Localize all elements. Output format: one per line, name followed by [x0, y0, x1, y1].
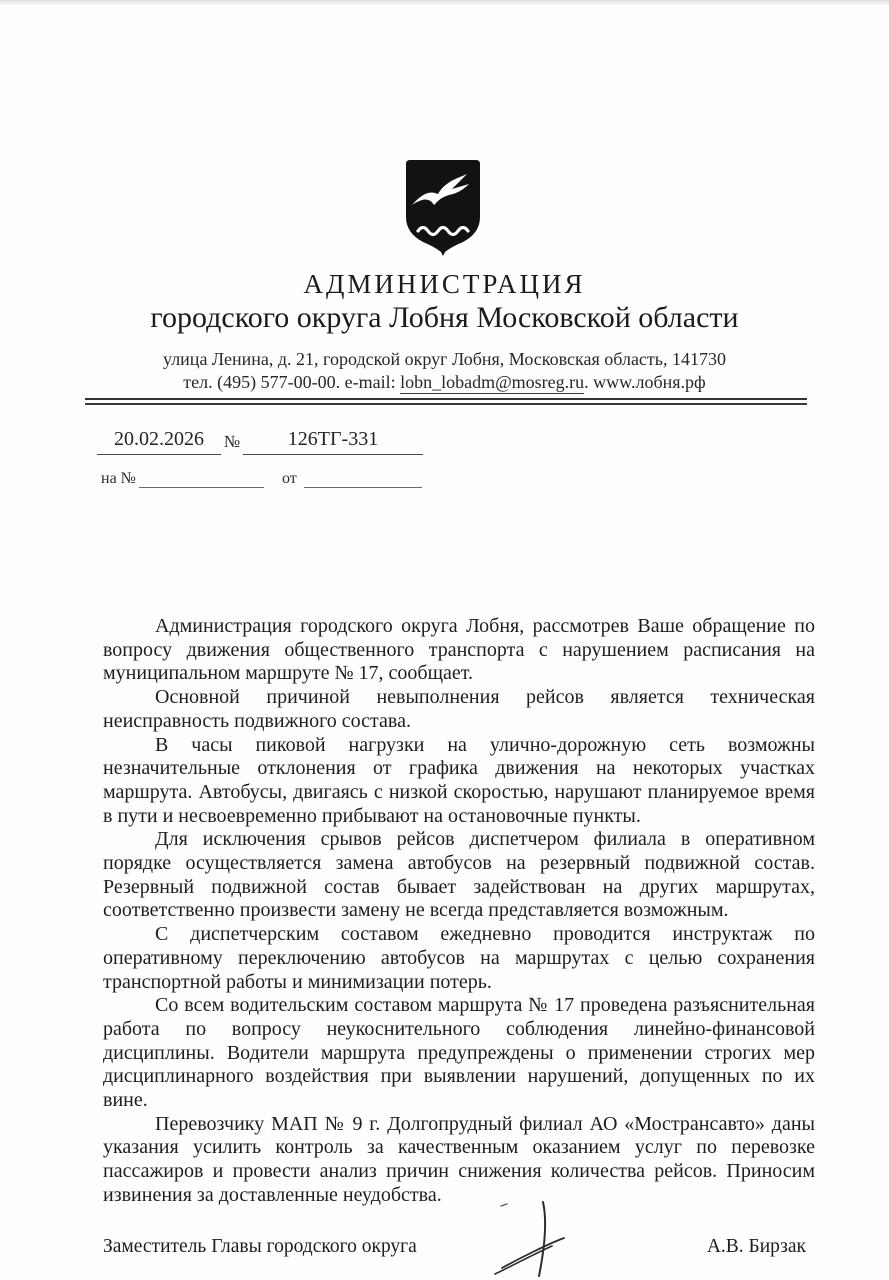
- paragraph: С диспетчерским составом ежедневно прово…: [103, 923, 815, 994]
- scanned-letter-page: АДМИНИСТРАЦИЯ городского округа Лобня Мо…: [0, 0, 889, 1280]
- handwritten-signature-icon: [486, 1196, 574, 1280]
- paragraph: В часы пиковой нагрузки на улично-дорожн…: [103, 734, 815, 829]
- org-name-secondary: городского округа Лобня Московской облас…: [0, 301, 889, 335]
- signer-position: Заместитель Главы городского округа: [103, 1236, 417, 1258]
- contact-suffix: . www.лобня.рф: [584, 372, 706, 392]
- contact-prefix: тел. (495) 577-00-00. e-mail:: [183, 372, 400, 392]
- paragraph: Администрация городского округа Лобня, р…: [103, 615, 815, 686]
- signer-name: А.В. Бирзак: [690, 1236, 806, 1258]
- org-contacts: тел. (495) 577-00-00. e-mail: lobn_lobad…: [0, 372, 889, 393]
- reply-to-label: на №: [101, 470, 136, 488]
- reply-number-blank: [139, 468, 264, 488]
- reference-row-outgoing: 20.02.2026 № 126ТГ-331: [97, 428, 423, 455]
- paragraph: Перевозчику МАП № 9 г. Долгопрудный фили…: [103, 1113, 815, 1208]
- number-sign: №: [221, 432, 243, 455]
- email-text: lobn_lobadm@mosreg.ru: [400, 372, 584, 394]
- coat-of-arms-icon: [403, 157, 483, 257]
- paragraph: Со всем водительским составом маршрута №…: [103, 994, 815, 1113]
- reply-date-blank: [304, 468, 422, 488]
- scan-top-edge: [0, 0, 889, 5]
- reply-from-label: от: [282, 470, 297, 488]
- reference-row-incoming: на № от: [101, 468, 422, 488]
- org-address: улица Ленина, д. 21, городской округ Лоб…: [0, 349, 889, 370]
- letter-body: Администрация городского округа Лобня, р…: [103, 615, 815, 1208]
- paragraph: Для исключения срывов рейсов диспетчером…: [103, 828, 815, 923]
- letter-number: 126ТГ-331: [243, 428, 423, 455]
- paragraph: Основной причиной невыполнения рейсов яв…: [103, 686, 815, 733]
- letter-date: 20.02.2026: [97, 428, 221, 455]
- org-name-primary: АДМИНИСТРАЦИЯ: [0, 269, 889, 300]
- letterhead-divider-rule: [85, 398, 807, 405]
